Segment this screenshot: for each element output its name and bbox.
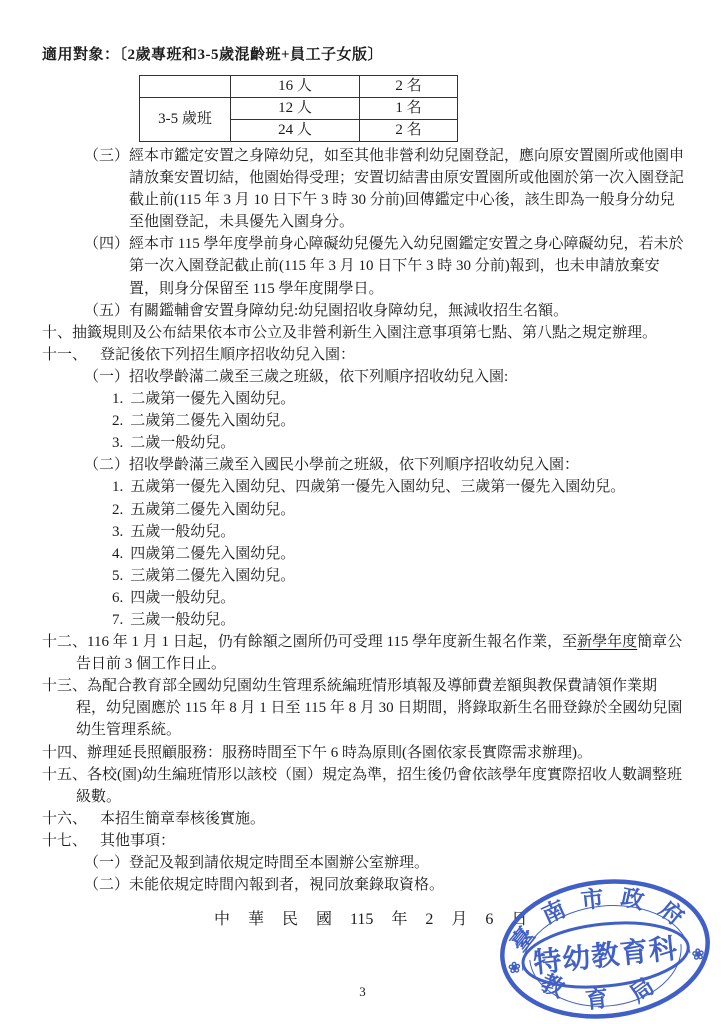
ordered-item: 5.三歲第二優先入園幼兒。 xyxy=(112,565,685,587)
clause-label: （三） xyxy=(84,148,129,164)
item-text: 三歲一般幼兒。 xyxy=(130,612,235,628)
clause-label: （五） xyxy=(84,303,129,319)
item-text: 五歲第一優先入園幼兒、四歲第一優先入園幼兒、三歲第一優先入園幼兒。 xyxy=(130,479,625,495)
clause-text: 其他事項： xyxy=(100,833,175,849)
clause-item-13: 十三、為配合教育部全國幼兒園幼生管理系統編班情形填報及導師費差額與教保費請領作業… xyxy=(42,675,685,741)
ordered-item: 6.四歲一般幼兒。 xyxy=(112,587,685,609)
ordered-item: 1.二歲第一優先入園幼兒。 xyxy=(112,388,685,410)
clause-label: 十七、 xyxy=(42,833,87,849)
item-number: 5. xyxy=(112,568,123,584)
ordered-item: 3.五歲一般幼兒。 xyxy=(112,521,685,543)
document-content: 適用對象：〔2歲專班和3-5歲混齡班+員工子女版〕 16 人 2 名 3-5 歲… xyxy=(42,44,685,896)
capacity-cell: 16 人 xyxy=(231,76,360,98)
roc-date-line: 中 華 民 國 115 年 2 月 6 日 xyxy=(214,906,527,929)
item-number: 3. xyxy=(112,435,123,451)
item-text: 四歲第二優先入園幼兒。 xyxy=(130,546,295,562)
flower-icon: ❀ xyxy=(691,947,706,964)
item-text: 二歲第二優先入園幼兒。 xyxy=(130,413,295,429)
item-number: 7. xyxy=(112,612,123,628)
clause-text: 辦理延長照顧服務：服務時間至下午 6 時為原則(各園依家長實際需求辦理)。 xyxy=(87,745,592,761)
page-number: 3 xyxy=(0,984,725,1000)
applicable-target-line: 適用對象：〔2歲專班和3-5歲混齡班+員工子女版〕 xyxy=(42,44,685,66)
official-stamp: 臺南市政府 教育局 特幼教育科 ❀ ❀ xyxy=(492,874,718,1024)
clause-label: （一） xyxy=(84,855,129,871)
capacity-cell: 24 人 xyxy=(231,120,360,142)
item-number: 1. xyxy=(112,479,123,495)
clause-text: 未能依規定時間內報到者，視同放棄錄取資格。 xyxy=(129,877,444,893)
clause-text: 經本市 115 學年度學前身心障礙幼兒優先入幼兒園鑑定安置之身心障礙幼兒，若未於… xyxy=(129,236,683,296)
clause-label: 十四、 xyxy=(42,745,87,761)
quota-cell: 1 名 xyxy=(360,98,458,120)
clause-item-3: （三）經本市鑑定安置之身障幼兒，如至其他非營利幼兒園登記，應向原安置園所或他園申… xyxy=(84,145,685,233)
clause-item-10: 十、抽籤規則及公布結果依本市公立及非營利新生入園注意事項第七點、第八點之規定辦理… xyxy=(42,322,685,344)
clause-item-5: （五）有關鑑輔會安置身障幼兒:幼兒園招收身障幼兒，無減收招生名額。 xyxy=(84,300,685,322)
clause-label: （一） xyxy=(84,369,129,385)
clause-item-11: 十一、登記後依下列招生順序招收幼兒入園： xyxy=(42,344,685,366)
item-text: 二歲一般幼兒。 xyxy=(130,435,235,451)
table-row: 16 人 2 名 xyxy=(140,76,458,98)
clause-item-15: 十五、各校(園)幼生編班情形以該校（園）規定為準，招生後仍會依該學年度實際招收人… xyxy=(42,764,685,808)
clause-text: 抽籤規則及公布結果依本市公立及非營利新生入園注意事項第七點、第八點之規定辦理。 xyxy=(72,325,657,341)
clause-text: 有關鑑輔會安置身障幼兒:幼兒園招收身障幼兒，無減收招生名額。 xyxy=(129,303,568,319)
clause-label: （四） xyxy=(84,236,129,252)
clause-item-4: （四）經本市 115 學年度學前身心障礙幼兒優先入幼兒園鑑定安置之身心障礙幼兒，… xyxy=(84,233,685,299)
ordered-item: 4.四歲第二優先入園幼兒。 xyxy=(112,543,685,565)
item-number: 2. xyxy=(112,413,123,429)
clause-text: 登記及報到請依規定時間至本園辦公室辦理。 xyxy=(129,855,429,871)
clause-item-17-1: （一）登記及報到請依規定時間至本園辦公室辦理。 xyxy=(84,852,685,874)
capacity-cell: 12 人 xyxy=(231,98,360,120)
clause-label: （二） xyxy=(84,877,129,893)
item-number: 4. xyxy=(112,546,123,562)
quota-cell: 2 名 xyxy=(360,120,458,142)
clause-text: 各校(園)幼生編班情形以該校（園）規定為準，招生後仍會依該學年度實際招收人數調整… xyxy=(76,767,682,805)
clause-list: （三）經本市鑑定安置之身障幼兒，如至其他非營利幼兒園登記，應向原安置園所或他園申… xyxy=(42,145,685,896)
item-text: 三歲第二優先入園幼兒。 xyxy=(130,568,295,584)
clause-item-12: 十二、116 年 1 月 1 日起，仍有餘額之園所仍可受理 115 學年度新生報… xyxy=(42,631,685,675)
table-row: 3-5 歲班 12 人 1 名 xyxy=(140,98,458,120)
clause-label: （二） xyxy=(84,457,129,473)
clause-label: 十三、 xyxy=(42,678,87,694)
ordered-item: 2.五歲第二優先入園幼兒。 xyxy=(112,499,685,521)
ordered-item: 2.二歲第二優先入園幼兒。 xyxy=(112,410,685,432)
clause-text: 招收學齡滿三歲至入國民小學前之班級，依下列順序招收幼兒入園： xyxy=(129,457,579,473)
flower-icon: ❀ xyxy=(507,960,522,977)
clause-item-11-2: （二）招收學齡滿三歲至入國民小學前之班級，依下列順序招收幼兒入園： xyxy=(84,454,685,476)
clause-item-11-1: （一）招收學齡滿二歲至三歲之班級，依下列順序招收幼兒入園: xyxy=(84,366,685,388)
clause-item-16: 十六、本招生簡章奉核後實施。 xyxy=(42,808,685,830)
clause-item-17: 十七、其他事項： xyxy=(42,830,685,852)
document-page: 適用對象：〔2歲專班和3-5歲混齡班+員工子女版〕 16 人 2 名 3-5 歲… xyxy=(0,0,725,1024)
clause-text: 經本市鑑定安置之身障幼兒，如至其他非營利幼兒園登記，應向原安置園所或他園申請放棄… xyxy=(129,148,684,230)
item-text: 五歲第二優先入園幼兒。 xyxy=(130,502,295,518)
quota-cell: 2 名 xyxy=(360,76,458,98)
item-number: 2. xyxy=(112,502,123,518)
clause-label: 十二、 xyxy=(42,634,87,650)
clause-text: 為配合教育部全國幼兒園幼生管理系統編班情形填報及導師費差額與教保費請領作業期程，… xyxy=(76,678,682,738)
item-number: 1. xyxy=(112,391,123,407)
clause-label: 十五、 xyxy=(42,767,87,783)
item-text: 五歲一般幼兒。 xyxy=(130,524,235,540)
clause-label: 十一、 xyxy=(42,347,87,363)
clause-text: 116 年 1 月 1 日起，仍有餘額之園所仍可受理 115 學年度新生報名作業… xyxy=(87,634,577,650)
stamp-svg: 臺南市政府 教育局 特幼教育科 ❀ ❀ xyxy=(492,874,718,1024)
clause-item-14: 十四、辦理延長照顧服務：服務時間至下午 6 時為原則(各園依家長實際需求辦理)。 xyxy=(42,742,685,764)
clause-text: 招收學齡滿二歲至三歲之班級，依下列順序招收幼兒入園: xyxy=(129,369,508,385)
clause-text: 本招生簡章奉核後實施。 xyxy=(100,811,265,827)
class-label-cell: 3-5 歲班 xyxy=(140,98,231,142)
ordered-item: 7.三歲一般幼兒。 xyxy=(112,609,685,631)
clause-label: 十六、 xyxy=(42,811,87,827)
clause-text: 登記後依下列招生順序招收幼兒入園： xyxy=(100,347,355,363)
item-text: 四歲一般幼兒。 xyxy=(130,590,235,606)
underlined-text: 新學年度 xyxy=(577,634,637,650)
quota-table: 16 人 2 名 3-5 歲班 12 人 1 名 24 人 2 名 xyxy=(139,75,458,142)
ordered-item: 1.五歲第一優先入園幼兒、四歲第一優先入園幼兒、三歲第一優先入園幼兒。 xyxy=(112,476,685,498)
clause-label: 十、 xyxy=(42,325,72,341)
item-text: 二歲第一優先入園幼兒。 xyxy=(130,391,295,407)
class-label-cell xyxy=(140,76,231,98)
item-number: 6. xyxy=(112,590,123,606)
item-number: 3. xyxy=(112,524,123,540)
ordered-item: 3.二歲一般幼兒。 xyxy=(112,432,685,454)
